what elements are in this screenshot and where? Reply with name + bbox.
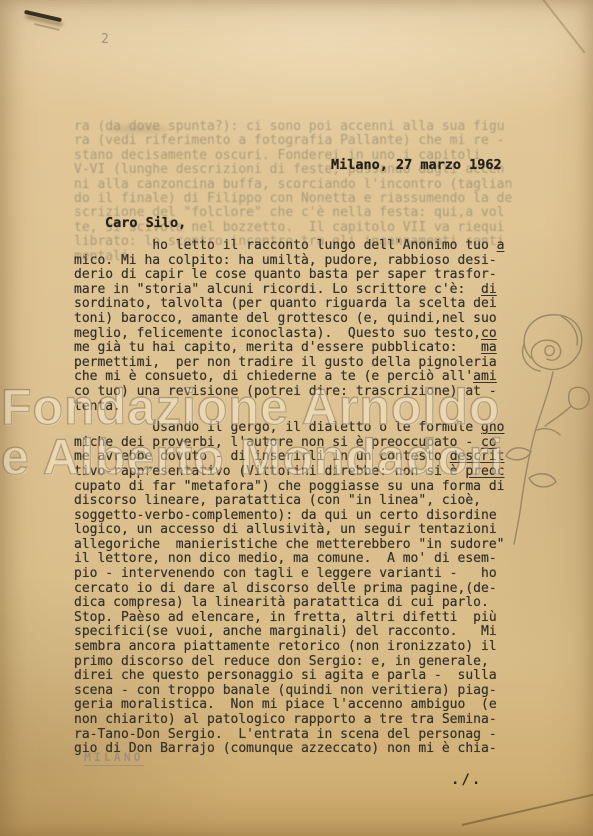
salutation: Caro Silo, <box>105 215 186 231</box>
dateline: Milano, 27 marzo 1962 <box>331 157 502 173</box>
rose-sketch-drawing <box>501 300 593 548</box>
page-number: 2 <box>101 32 109 47</box>
letter-body: ho letto il racconto lungo dell'Anonimo … <box>74 239 504 757</box>
continuation-mark: ./. <box>451 772 482 788</box>
watermark-line-2: e Alberto Mondadori <box>1 428 504 486</box>
milano-stamp: MILANO <box>84 750 144 766</box>
scanned-letter-screenshot: 2 ra (da dove spunta?): ci sono poi acce… <box>0 0 593 836</box>
